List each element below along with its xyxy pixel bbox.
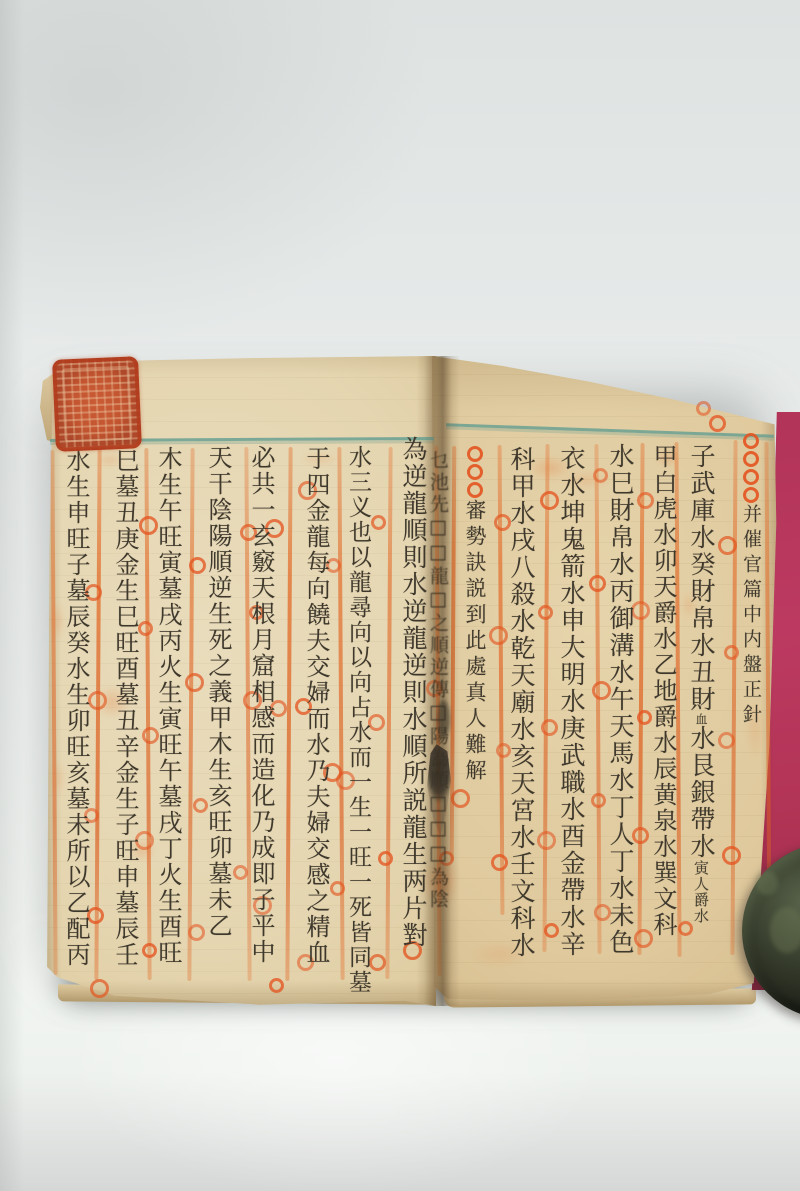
manuscript-column-left-7: 巳墓丑庚金生巳旺酉墓丑辛金生子旺申墓辰壬 <box>105 448 145 968</box>
manuscript-column-left-2: 水三义也以龍尋向以向占水而一生一旺一死皆同墓 <box>338 445 378 995</box>
seal-carved-frame <box>61 366 132 443</box>
reading-mark-circle <box>743 487 759 503</box>
reading-mark-circle <box>467 482 483 498</box>
coin-patina-spot <box>756 871 778 895</box>
reading-mark-circle <box>696 401 711 416</box>
reading-mark-circle <box>467 446 483 462</box>
reading-mark-circle <box>709 415 726 432</box>
reading-mark-circle <box>378 851 393 866</box>
manuscript-column-right-4: 水巳財帛水丙御溝水午天馬水丁人丁水未色 <box>600 443 640 956</box>
manuscript-column-left-5: 天干陰陽順逆生死之義甲木生亥旺卯墓未乙 <box>198 445 238 939</box>
reading-mark-circle <box>269 978 284 993</box>
manuscript-column-left-8: 水生申旺子墓辰癸水生卯旺亥墓未所以乙配丙 <box>56 448 96 968</box>
ink-smudge <box>437 700 450 738</box>
manuscript-column-left-4: 必共一玄竅天根月窟相感而造化乃成即子平中 <box>241 445 281 965</box>
manuscript-column-right-2: 子武庫水癸財帛水丑財血水艮銀帶水寅人爵水 <box>681 443 721 924</box>
reading-mark-circle <box>722 846 741 865</box>
manuscript-column-right-5: 衣水坤鬼箭水申大明水庚武職水酉金帶水辛 <box>551 445 591 958</box>
coin-patina-spot <box>770 907 800 953</box>
manuscript-column-left-1: 為逆龍順則水逆龍逆則水順所説龍生两片對 <box>393 436 433 949</box>
inline-annotation: 血 <box>694 713 708 725</box>
manuscript-column-right-7: 審勢訣説到此處真人難解 <box>455 445 495 785</box>
reading-mark-circle <box>90 979 109 998</box>
manuscript-column-right-3: 甲白虎水卯天爵水乙地爵水辰黄泉水巽文科 <box>643 444 683 938</box>
manuscript-column-left-3: 于四金龍每向饒夫交婦而水乃夫婦交感之精血 <box>296 446 336 966</box>
manuscript-column-right-6: 科甲水戌八殺水乾天廟水亥天宮水壬文科水 <box>501 446 541 959</box>
reading-mark-circle <box>743 451 759 467</box>
manuscript-column-left-6: 木生午旺寅墓戌丙火生寅旺午墓戌丁火生酉旺 <box>148 446 188 966</box>
manuscript-column-right-1: 并催官篇中内盤正針 <box>731 432 771 729</box>
photo-scene: 并催官篇中内盤正針子武庫水癸財帛水丑財血水艮銀帶水寅人爵水甲白虎水卯天爵水乙地爵… <box>0 0 800 1191</box>
small-annotation: 寅人爵水 <box>692 860 710 924</box>
reading-mark-circle <box>743 433 759 449</box>
reading-mark-circle <box>743 469 759 485</box>
seal-stamp <box>52 356 142 452</box>
reading-mark-circle <box>467 464 483 480</box>
